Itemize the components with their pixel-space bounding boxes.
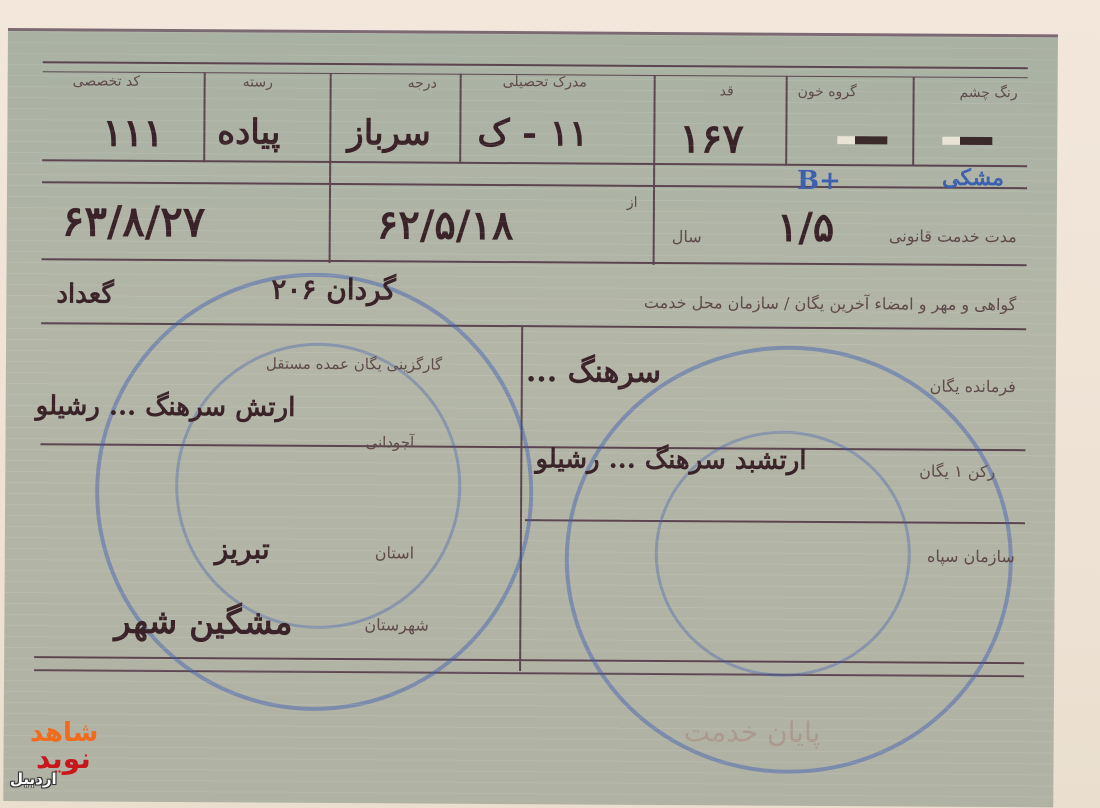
branch-value: پیاده — [217, 112, 280, 152]
eye-color-label: رنگ چشم — [959, 85, 1017, 101]
col-divider — [329, 73, 332, 263]
row-divider-1 — [42, 159, 1027, 167]
province-label: استان — [375, 543, 414, 562]
education-label: مدرک تحصیلی — [503, 74, 587, 91]
col-divider — [459, 74, 462, 164]
logo-line-3: اردبیل — [10, 770, 57, 788]
top-border — [43, 61, 1028, 69]
service-duration-value: ۱/۵ — [777, 204, 835, 251]
eye-color-handwritten: مشکی — [942, 165, 1004, 191]
faint-bottom-text: پایان خدمت — [684, 715, 821, 749]
to-date: ۶۳/۸/۲۷ — [62, 196, 206, 246]
col-divider — [203, 72, 206, 162]
height-label: قد — [720, 83, 734, 99]
blood-type-dash — [837, 136, 887, 144]
education-value: ۱۱ - ک — [477, 112, 588, 155]
rokn-signature: ارتشبد سرهنگ ... رشیلو — [535, 444, 806, 476]
province-value: تبریز — [215, 532, 270, 565]
conscription-signature: ارتش سرهنگ ... رشیلو — [36, 391, 296, 423]
eye-color-dash — [942, 137, 992, 145]
service-year-unit: سال — [672, 227, 702, 246]
row-divider-1b — [42, 181, 1027, 189]
col-divider — [912, 77, 915, 167]
watermark-logo: شاهد نوید اردبیل — [30, 718, 120, 798]
personnel-unit-label: گارگزینی یگان عمده مستقل — [266, 355, 442, 374]
service-card: رنگ چشم مشکی گروه خون B+ قد ۱۶۷ مدرک تحص… — [3, 28, 1058, 807]
row-divider-2 — [42, 258, 1027, 266]
battalion-suffix: گعداد — [56, 279, 114, 309]
from-date: ۶۲/۵/۱۸ — [377, 201, 514, 249]
certification-label: گواهی و مهر و امضاء آخرین یگان / سازمان … — [644, 293, 1016, 314]
branch-label: رسته — [243, 74, 273, 90]
county-label: شهرستان — [364, 615, 429, 634]
col-divider — [653, 75, 656, 265]
county-value: مشگین شهر — [114, 602, 292, 643]
conscription-office-label: آجودانی — [365, 433, 414, 451]
specialty-code-label: کد تخصصی — [73, 73, 140, 89]
commander-label: فرمانده یگان — [930, 377, 1016, 397]
specialty-code-value: ۱۱۱ — [102, 110, 164, 155]
commander-signature: سرهنگ ... — [526, 354, 661, 390]
from-label: از — [627, 195, 638, 211]
rokn-label: رکن ۱ یگان — [919, 462, 995, 481]
battalion-name: گردان ۲۰۶ — [271, 273, 396, 307]
rank-label: درجه — [408, 75, 437, 91]
stamp-left-inner — [174, 342, 462, 630]
blood-type-label: گروه خون — [798, 84, 857, 100]
service-duration-label: مدت خدمت قانونی — [889, 226, 1017, 246]
organization-label: سازمان سپاه — [927, 547, 1015, 567]
rank-value: سرباز — [347, 113, 431, 154]
height-value: ۱۶۷ — [679, 115, 744, 162]
blood-type-handwritten: B+ — [797, 166, 841, 196]
col-divider — [785, 76, 788, 166]
